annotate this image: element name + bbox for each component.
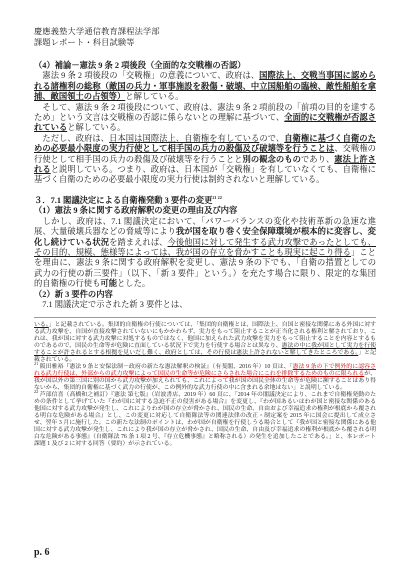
text-segment: ので、 [259, 134, 284, 143]
paragraph: 憲法 9 条 2 項後段の「交戦権」の意義について、政府は、国際法上、交戦当事国… [34, 71, 376, 102]
text-segment: （2）新 3 要件の内容 [34, 290, 113, 299]
footnote-22: 22 芦部信喜（高橋和之補訂）『憲法 第七版』（岩波書店、2019 年）60 頁… [34, 392, 376, 448]
text-segment: 芦部信喜（高橋和之補訂）『憲法 第七版』（岩波書店、2019 年）60 頁に、「… [34, 392, 376, 447]
text-segment: と解している。 [67, 123, 125, 132]
text-segment: いる。 [34, 322, 49, 328]
text-segment: 別の観念のもの [243, 155, 301, 164]
paragraph: しかし、政府は、7.1 閣議決定において、「パワーバランスの変化や技術革新の急速… [34, 217, 376, 290]
page-header: 慶應義塾大学通信教育課程法学部 課題レポート・科目試験等 [34, 26, 376, 48]
text-segment: 日本国は国際法上、自衛権を有している [109, 134, 259, 143]
text-segment: であり、 [301, 155, 334, 164]
text-segment: ただし、政府は、 [34, 134, 109, 143]
section-3-2-heading: （2）新 3 要件の内容 [34, 290, 376, 300]
section-3-heading: ３．7.1 閣議決定による自衛権発動 3 要件の変更21 22 [34, 196, 376, 206]
text-segment: （1）憲法 9 条に関する政府解釈の変更の理由及び内容 [34, 206, 237, 215]
section-4-heading: （4）補論－憲法 9 条 2 項後段（全面的な交戦権の否認） [34, 61, 376, 71]
text-segment: ３．7.1 閣議決定による自衛権発動 3 要件の変更 [34, 196, 212, 205]
text-segment: とした。 [117, 279, 150, 288]
footnote-21: 21 阪田雅裕『憲法 9 条と安保法制－政府の新たな憲法解釈の検証』（有斐閣、2… [34, 364, 376, 392]
text-segment: 可能 [100, 279, 117, 288]
body-text: （4）補論－憲法 9 条 2 項後段（全面的な交戦権の否認） 憲法 9 条 2 … [34, 61, 376, 310]
text-segment: 憲法 9 条 2 項後段の「交戦権」の意義について、政府は、 [34, 71, 259, 80]
header-report-line: 課題レポート・科目試験等 [34, 37, 376, 48]
paragraph: そして、憲法 9 条 2 項後段について、政府は、憲法 9 条 2 項前段の「前… [34, 103, 376, 134]
text-segment: と説明している。つまり、政府は、日本国が「交戦権」を有していなくても、自衛権に基… [34, 165, 376, 184]
paragraph: ただし、政府は、日本国は国際法上、自衛権を有しているので、自衛権に基づく自衛のた… [34, 134, 376, 186]
footnotes: いる。」と記載されている。集団的自衛権の行使については、「集団的自衛権とは、国際… [34, 322, 376, 448]
text-segment: 21 22 [212, 195, 221, 200]
section-3-1-heading: （1）憲法 9 条に関する政府解釈の変更の理由及び内容 [34, 206, 376, 216]
text-segment: と解している。 [125, 92, 183, 101]
document-page: 慶應義塾大学通信教育課程法学部 課題レポート・科目試験等 （4）補論－憲法 9 … [0, 0, 410, 580]
header-university-line: 慶應義塾大学通信教育課程法学部 [34, 26, 376, 37]
text-segment: を踏まえれば、 [109, 238, 167, 247]
paragraph: 7.1 閣議決定で示された新 3 要件とは、 [34, 300, 376, 310]
footnote-continued: いる。」と記載されている。集団的自衛権の行使については、「集団的自衛権とは、国際… [34, 322, 376, 364]
footnote-separator [34, 317, 376, 318]
text-segment: 阪田雅裕『憲法 9 条と安保法制－政府の新たな憲法解釈の検証』（有斐閣、2016… [38, 364, 292, 370]
text-segment: （4）補論－憲法 9 条 2 項後段（全面的な交戦権の否認） [34, 61, 246, 70]
page-number: p. 6 [34, 547, 50, 558]
text-segment: 7.1 閣議決定で示された新 3 要件とは、 [34, 300, 188, 309]
